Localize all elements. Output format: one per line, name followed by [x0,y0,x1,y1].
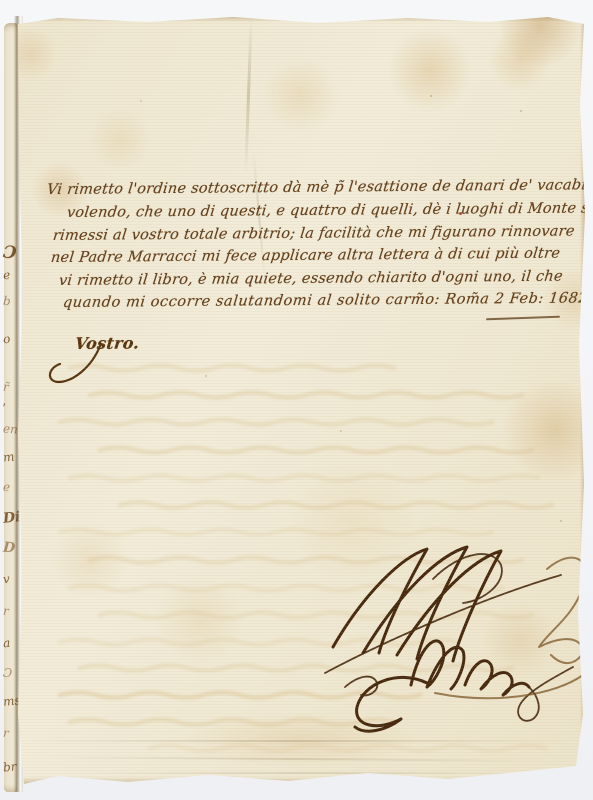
handwritten-line-dateline: quando mi occorre salutandomi al solito … [62,290,589,311]
closing-swash [40,330,180,400]
handwritten-line: volendo, che uno di questi, e quattro di… [66,200,593,221]
edge-writing-fragment: e [2,269,10,282]
edge-writing-fragment: o [2,333,10,346]
deckle-edge-bottom [18,777,585,784]
crease-line [48,756,548,761]
deckle-edge-top [18,14,585,22]
edge-writing-fragment: r̃ [3,381,10,393]
crease-line [244,15,253,175]
edge-writing-fragment: r [3,727,10,739]
handwritten-line: vi rimetto il libro, è mia quiete, essen… [58,269,564,289]
edge-writing-fragment: Ɔ [3,667,13,680]
handwritten-line: Vi rimetto l'ordine sottoscritto dà mè p… [46,177,593,198]
signature-flourish [315,535,593,735]
signature-name [345,641,583,731]
letter-page: Vi rimetto l'ordine sottoscritto dà mè p… [18,14,585,792]
crease-line [28,740,568,742]
edge-writing-fragment: ʹ [2,403,7,415]
edge-writing-fragment: b [3,295,12,308]
handwritten-line: rimessi al vostro totale arbitrio; la fa… [52,223,576,244]
edge-writing-fragment: a [2,637,10,650]
handwritten-line: nel Padre Marracci mi fece applicare alt… [50,246,561,266]
crease-line [78,772,538,774]
edge-writing-fragment: e [3,481,11,493]
signature-valediction [325,547,586,673]
edge-writing-fragment: v [2,573,10,586]
edge-writing-fragment: r [3,605,10,617]
date-underline-flourish [486,316,560,321]
scanned-letter-view: Ɔ e b o r̃ ʹ en m e Di D v r a Ɔ ms r br [0,0,593,800]
foxing-specks [430,95,432,97]
